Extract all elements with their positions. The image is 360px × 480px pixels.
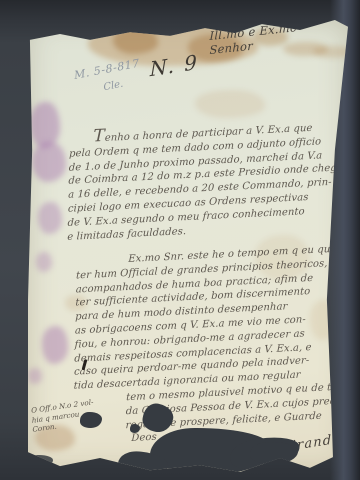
archival-pencil-note: M. 5-8-817 xyxy=(73,57,140,82)
archival-pencil-note-2: Cle. xyxy=(103,79,124,94)
letter-paragraph-2: Ex.mo Snr. este he o tempo em q eu quize… xyxy=(74,243,333,394)
document-number: N. 9 xyxy=(150,50,199,82)
addressee-heading: Ill.mo e Ex.mo Senhor xyxy=(209,16,336,57)
letter-paragraph-1: Tenho a honra de participar a V. Ex.a qu… xyxy=(67,119,325,244)
manuscript-paper: Ill.mo e Ex.mo Senhor M. 5-8-817 Cle. N.… xyxy=(28,20,348,472)
scan-background: Ill.mo e Ex.mo Senhor M. 5-8-817 Cle. N.… xyxy=(0,0,360,480)
handwriting-layer: Ill.mo e Ex.mo Senhor M. 5-8-817 Cle. N.… xyxy=(16,12,358,479)
paper-hole xyxy=(28,455,53,467)
